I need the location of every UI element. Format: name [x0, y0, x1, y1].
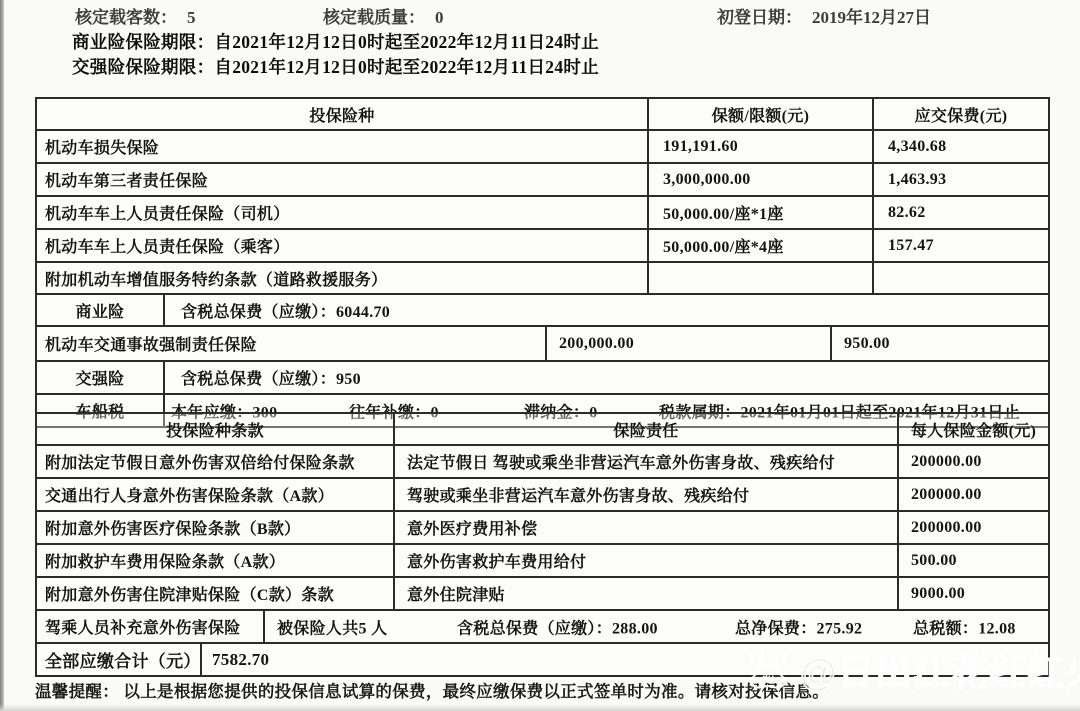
row-name: 机动车车上人员责任保险（乘客）: [37, 230, 649, 261]
row-liability: 意外住院津贴: [395, 578, 899, 609]
row-amount: 500.00: [899, 545, 1048, 576]
load-mass-label: 核定载质量：: [323, 8, 425, 27]
reminder-note: 温馨提醒： 以上是根据您提供的投保信息试算的保费，最终应缴保费以正式签单时为准。…: [35, 678, 829, 702]
row-name: 机动车交通事故强制责任保险: [37, 327, 547, 360]
row-clause: 交通出行人身意外伤害保险条款（A款）: [37, 479, 395, 510]
grand-total-value: 7582.70: [202, 644, 1048, 675]
row-amount: [649, 263, 874, 293]
first-registration-date-field: 初登日期：2019年12月27日: [717, 3, 931, 28]
row-name: 机动车第三者责任保险: [37, 164, 649, 195]
header-sum-insured: 保额/限额(元): [649, 99, 874, 129]
row-clause: 附加意外伤害医疗保险条款（B款）: [37, 512, 395, 543]
grand-total-label: 全部应缴合计（元）: [37, 644, 202, 675]
row-premium: 157.47: [874, 230, 1048, 261]
header-premium-due: 应交保费(元): [874, 99, 1048, 129]
row-amount: 200000.00: [899, 479, 1048, 510]
header-liability: 保险责任: [395, 414, 899, 444]
supplement-total-premium: 含税总保费（应缴）：288.00: [457, 615, 658, 638]
load-mass-field: 核定载质量：0: [323, 3, 444, 28]
row-premium: 82.62: [874, 197, 1048, 228]
row-amount: 200000.00: [899, 512, 1048, 543]
header-per-person-amount: 每人保险金额(元): [899, 414, 1048, 444]
compulsory-period-value: 自2021年12月12日0时起至2022年12月11日24时止: [214, 57, 599, 77]
table-row: 交通出行人身意外伤害保险条款（A款） 驾驶或乘坐非营运汽车意外伤害身故、残疾给付…: [37, 479, 1048, 512]
row-liability: 法定节假日 驾驶或乘坐非营运汽车意外伤害身故、残疾给付: [395, 446, 899, 477]
supplement-accident-row: 驾乘人员补充意外伤害保险 被保险人共5 人 含税总保费（应缴）：288.00 总…: [37, 611, 1048, 644]
premium-table-header-row: 投保险种 保额/限额(元) 应交保费(元): [37, 99, 1048, 131]
table-row: 附加法定节假日意外伤害双倍给付保险条款 法定节假日 驾驶或乘坐非营运汽车意外伤害…: [37, 446, 1048, 479]
row-name: 机动车损失保险: [37, 131, 649, 162]
commercial-period-label: 商业险保险期限：: [72, 32, 214, 52]
compulsory-insurance-period: 交强险保险期限：自2021年12月12日0时起至2022年12月11日24时止: [72, 54, 599, 79]
supplement-insured-count: 被保险人共5 人: [277, 615, 387, 638]
row-amount: 200,000.00: [547, 327, 832, 360]
commercial-total-premium: 含税总保费（应缴）：6044.70: [165, 295, 1048, 325]
table-row: 机动车第三者责任保险 3,000,000.00 1,463.93: [37, 164, 1048, 197]
row-premium: 4,340.68: [874, 131, 1048, 162]
row-premium: 950.00: [832, 327, 1048, 360]
supplement-detail: 被保险人共5 人 含税总保费（应缴）：288.00 总净保费：275.92 总税…: [265, 611, 1048, 642]
table-row: 机动车车上人员责任保险（乘客） 50,000.00/座*4座 157.47: [37, 230, 1048, 263]
row-liability: 驾驶或乘坐非营运汽车意外伤害身故、残疾给付: [395, 479, 899, 510]
commercial-summary-row: 商业险 含税总保费（应缴）：6044.70: [37, 295, 1048, 327]
premium-table: 投保险种 保额/限额(元) 应交保费(元) 机动车损失保险 191,191.60…: [35, 97, 1050, 428]
compulsory-label: 交强险: [37, 362, 165, 393]
row-liability: 意外伤害救护车费用给付: [395, 545, 899, 576]
row-amount: 3,000,000.00: [649, 164, 874, 195]
supplement-name: 驾乘人员补充意外伤害保险: [37, 611, 265, 642]
clause-table: 投保险种条款 保险责任 每人保险金额(元) 附加法定节假日意外伤害双倍给付保险条…: [35, 412, 1050, 677]
table-row: 机动车损失保险 191,191.60 4,340.68: [37, 131, 1048, 164]
row-premium: 1,463.93: [874, 164, 1048, 195]
seat-count-value: 5: [187, 8, 196, 27]
photo-left-edge: [0, 0, 4, 711]
table-row: 机动车车上人员责任保险（司机） 50,000.00/座*1座 82.62: [37, 197, 1048, 230]
load-mass-value: 0: [435, 8, 444, 27]
first-registration-date-value: 2019年12月27日: [812, 8, 931, 27]
first-registration-date-label: 初登日期：: [717, 8, 802, 27]
seat-count-label: 核定载客数：: [75, 8, 177, 27]
table-row: 附加救护车费用保险条款（A款） 意外伤害救护车费用给付 500.00: [37, 545, 1048, 578]
header-insurance-type: 投保险种: [37, 99, 649, 129]
row-clause: 附加救护车费用保险条款（A款）: [37, 545, 395, 576]
compulsory-total-premium: 含税总保费（应缴）：950: [165, 362, 1048, 393]
row-amount: 191,191.60: [649, 131, 874, 162]
row-name: 机动车车上人员责任保险（司机）: [37, 197, 649, 228]
compulsory-insurance-row: 机动车交通事故强制责任保险 200,000.00 950.00: [37, 327, 1048, 362]
grand-total-row: 全部应缴合计（元） 7582.70: [37, 644, 1048, 675]
seat-count-field: 核定载客数：5: [75, 3, 196, 28]
header-clause: 投保险种条款: [37, 414, 395, 444]
row-amount: 50,000.00/座*1座: [649, 197, 874, 228]
supplement-total-tax: 总税额：12.08: [913, 615, 1016, 638]
commercial-label: 商业险: [37, 295, 165, 325]
compulsory-period-label: 交强险保险期限：: [72, 57, 214, 77]
table-row: 附加意外伤害医疗保险条款（B款） 意外医疗费用补偿 200000.00: [37, 512, 1048, 545]
photo-bottom-edge: [0, 704, 1080, 711]
table-row: 附加意外伤害住院津贴保险（C款）条款 意外住院津贴 9000.00: [37, 578, 1048, 611]
row-clause: 附加法定节假日意外伤害双倍给付保险条款: [37, 446, 395, 477]
row-liability: 意外医疗费用补偿: [395, 512, 899, 543]
row-name: 附加机动车增值服务特约条款（道路救援服务）: [37, 263, 649, 293]
row-amount: 50,000.00/座*4座: [649, 230, 874, 261]
clause-table-header-row: 投保险种条款 保险责任 每人保险金额(元): [37, 414, 1048, 446]
table-row: 附加机动车增值服务特约条款（道路救援服务）: [37, 263, 1048, 295]
compulsory-summary-row: 交强险 含税总保费（应缴）：950: [37, 362, 1048, 395]
row-amount: 9000.00: [899, 578, 1048, 609]
commercial-insurance-period: 商业险保险期限：自2021年12月12日0时起至2022年12月11日24时止: [72, 29, 599, 54]
row-premium: [874, 263, 1048, 293]
supplement-net-premium: 总净保费：275.92: [735, 615, 862, 638]
row-clause: 附加意外伤害住院津贴保险（C款）条款: [37, 578, 395, 609]
commercial-period-value: 自2021年12月12日0时起至2022年12月11日24时止: [214, 32, 599, 52]
row-amount: 200000.00: [899, 446, 1048, 477]
